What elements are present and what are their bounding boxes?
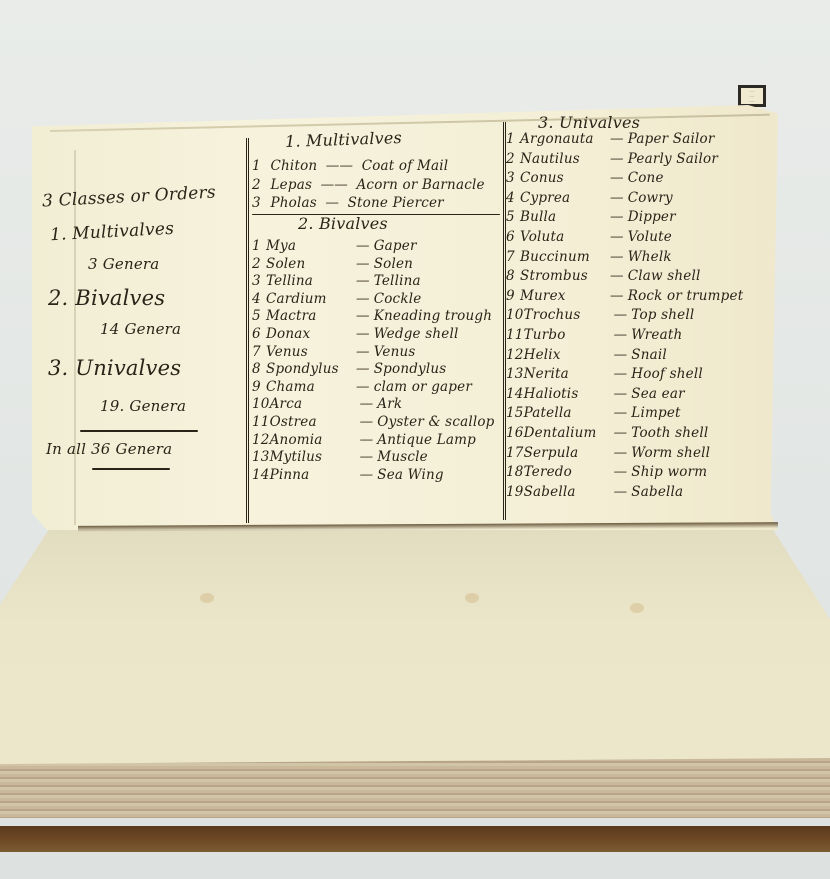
common-name: Sea Wing	[377, 467, 443, 483]
common-name: Gaper	[374, 238, 417, 254]
latin-name: Serpula	[524, 445, 610, 461]
genus-row: 16Dentalium—Tooth shell	[506, 425, 708, 441]
row-number: 8	[252, 361, 266, 377]
dash: —	[360, 414, 374, 430]
dash: —	[356, 256, 370, 272]
common-name: Cockle	[374, 291, 422, 307]
common-name: Claw shell	[628, 268, 701, 284]
common-name: Sabella	[631, 484, 683, 500]
row-number: 2	[252, 256, 266, 272]
blank-lower-page	[0, 528, 830, 768]
rule-line	[80, 430, 198, 432]
common-name: Volute	[628, 229, 672, 245]
common-name: Oyster & scallop	[377, 414, 494, 430]
genus-row: 18Teredo—Ship worm	[506, 464, 707, 480]
dash: —	[614, 445, 628, 461]
common-name: Worm shell	[631, 445, 710, 461]
row-number: 12	[506, 347, 524, 363]
genus-row: 17Serpula—Worm shell	[506, 445, 710, 461]
dash: —	[360, 467, 374, 483]
genus-row: 4Cyprea—Cowry	[506, 190, 673, 206]
genus-row: 8Spondylus—Spondylus	[252, 361, 446, 377]
latin-name: Patella	[524, 405, 610, 421]
section-title: 3. Univalves	[538, 113, 640, 132]
section-title: 1. Multivalves	[285, 128, 403, 151]
common-name: clam or gaper	[374, 379, 472, 395]
dash: —	[610, 170, 624, 186]
dash: —	[614, 347, 628, 363]
row-number: 1	[252, 238, 266, 254]
dash: —	[610, 209, 624, 225]
foxing-spot	[200, 593, 214, 603]
row-number: 19	[506, 484, 524, 500]
row-number: 1	[252, 158, 266, 174]
latin-name: Mya	[266, 238, 352, 254]
genus-row: 9Chama—clam or gaper	[252, 379, 472, 395]
common-name: Top shell	[631, 307, 694, 323]
genus-row: 7Buccinum—Whelk	[506, 249, 672, 265]
genus-row: 8Strombus—Claw shell	[506, 268, 701, 284]
genera-count: 3 Genera	[88, 255, 159, 273]
total-genera: In all 36 Genera	[46, 440, 172, 458]
dash: —	[610, 268, 624, 284]
dash: —	[614, 307, 628, 323]
row-number: 13	[506, 366, 524, 382]
latin-name: Spondylus	[266, 361, 352, 377]
row-number: 6	[506, 229, 520, 245]
common-name: Sea ear	[631, 386, 684, 402]
row-number: 2	[252, 177, 266, 193]
common-name: Pearly Sailor	[628, 151, 718, 167]
row-number: 4	[252, 291, 266, 307]
row-number: 5	[252, 308, 266, 324]
genus-row: 5Bulla—Dipper	[506, 209, 676, 225]
genus-row: 10Arca—Ark	[252, 396, 402, 412]
genus-row: 19Sabella—Sabella	[506, 484, 683, 500]
section-title: 2. Bivalves	[298, 214, 388, 233]
latin-name: Trochus	[524, 307, 610, 323]
genus-row: 12Anomia—Antique Lamp	[252, 432, 476, 448]
row-number: 13	[252, 449, 270, 465]
common-name: Solen	[374, 256, 413, 272]
common-name: Rock or trumpet	[628, 288, 744, 304]
latin-name: Voluta	[520, 229, 606, 245]
latin-name: Teredo	[524, 464, 610, 480]
book-cover-edge	[0, 826, 830, 852]
dash: —	[610, 151, 624, 167]
latin-name: Venus	[266, 344, 352, 360]
dash: —	[614, 366, 628, 382]
genus-row: 13Mytilus—Muscle	[252, 449, 428, 465]
latin-name: Cardium	[266, 291, 352, 307]
page-edges	[0, 758, 830, 818]
row-number: 4	[506, 190, 520, 206]
latin-name: Mytilus	[270, 449, 356, 465]
common-name: Snail	[631, 347, 667, 363]
dash: —	[614, 405, 628, 421]
genus-row: 11Ostrea—Oyster & scallop	[252, 414, 495, 430]
latin-name: Nerita	[524, 366, 610, 382]
genus-row: 1Argonauta—Paper Sailor	[506, 131, 715, 147]
common-name: Stone Piercer	[348, 195, 444, 211]
latin-name: Anomia	[270, 432, 356, 448]
common-name: Whelk	[628, 249, 672, 265]
genus-row: 3Tellina—Tellina	[252, 273, 421, 289]
row-number: 18	[506, 464, 524, 480]
column-divider	[246, 138, 249, 523]
row-number: 16	[506, 425, 524, 441]
row-number: 1	[506, 131, 520, 147]
row-number: 15	[506, 405, 524, 421]
common-name: Cone	[628, 170, 664, 186]
spine-label: ... ... ...	[738, 85, 766, 107]
latin-name: Dentalium	[524, 425, 610, 441]
latin-name: Pinna	[270, 467, 356, 483]
common-name: Ship worm	[631, 464, 707, 480]
genus-row: 2 Lepas —— Acorn or Barnacle	[252, 177, 485, 193]
latin-name: Chiton	[271, 158, 318, 174]
row-number: 11	[506, 327, 524, 343]
row-number: 9	[506, 288, 520, 304]
genus-row: 3Conus—Cone	[506, 170, 664, 186]
dash: —	[610, 190, 624, 206]
latin-name: Lepas	[271, 177, 313, 193]
common-name: Venus	[374, 344, 416, 360]
dash: —	[360, 432, 374, 448]
dash: —	[356, 308, 370, 324]
row-number: 14	[506, 386, 524, 402]
latin-name: Ostrea	[270, 414, 356, 430]
latin-name: Sabella	[524, 484, 610, 500]
dash: —	[356, 291, 370, 307]
common-name: Tellina	[374, 273, 421, 289]
row-number: 3	[252, 195, 266, 211]
latin-name: Nautilus	[520, 151, 606, 167]
dash: —	[614, 327, 628, 343]
row-number: 5	[506, 209, 520, 225]
common-name: Wreath	[631, 327, 682, 343]
common-name: Ark	[377, 396, 402, 412]
spine-label-line: ...	[741, 98, 763, 103]
dash: —	[614, 484, 628, 500]
latin-name: Helix	[524, 347, 610, 363]
genera-count: 14 Genera	[100, 320, 181, 338]
latin-name: Strombus	[520, 268, 606, 284]
genus-row: 2Solen—Solen	[252, 256, 413, 272]
rule-line	[92, 468, 170, 470]
latin-name: Arca	[270, 396, 356, 412]
dash: —	[360, 396, 374, 412]
row-number: 9	[252, 379, 266, 395]
common-name: Dipper	[628, 209, 676, 225]
dash: —	[356, 238, 370, 254]
class-label: 3. Univalves	[48, 356, 181, 380]
dash: —	[614, 425, 628, 441]
genus-row: 2Nautilus—Pearly Sailor	[506, 151, 718, 167]
genus-row: 10Trochus—Top shell	[506, 307, 694, 323]
class-label: 2. Bivalves	[48, 286, 165, 310]
common-name: Acorn or Barnacle	[356, 177, 484, 193]
common-name: Muscle	[377, 449, 428, 465]
foxing-spot	[630, 603, 644, 613]
row-number: 17	[506, 445, 524, 461]
row-number: 3	[506, 170, 520, 186]
common-name: Limpet	[631, 405, 680, 421]
row-number: 6	[252, 326, 266, 342]
genera-count: 19. Genera	[100, 397, 186, 415]
genus-row: 1 Chiton —— Coat of Mail	[252, 158, 448, 174]
dash: —	[356, 361, 370, 377]
row-number: 3	[252, 273, 266, 289]
genus-row: 6Voluta—Volute	[506, 229, 672, 245]
row-number: 11	[252, 414, 270, 430]
genus-row: 3 Pholas — Stone Piercer	[252, 195, 444, 211]
dash: —	[610, 229, 624, 245]
dash: —	[610, 249, 624, 265]
row-number: 12	[252, 432, 270, 448]
genus-row: 11Turbo—Wreath	[506, 327, 682, 343]
foxing-spot	[465, 593, 479, 603]
dash: —	[356, 326, 370, 342]
row-number: 10	[252, 396, 270, 412]
common-name: Cowry	[628, 190, 673, 206]
common-name: Spondylus	[374, 361, 447, 377]
row-number: 7	[252, 344, 266, 360]
dash: —	[610, 131, 624, 147]
row-number: 8	[506, 268, 520, 284]
genus-row: 1Mya—Gaper	[252, 238, 417, 254]
latin-name: Pholas	[271, 195, 317, 211]
dash: —	[356, 273, 370, 289]
dash: —	[610, 288, 624, 304]
latin-name: Buccinum	[520, 249, 606, 265]
genus-row: 14Pinna—Sea Wing	[252, 467, 444, 483]
latin-name: Murex	[520, 288, 606, 304]
dash: —	[356, 344, 370, 360]
latin-name: Haliotis	[524, 386, 610, 402]
photo-scene: ... ... ... 3 Classes or Orders 1. Multi…	[0, 0, 830, 879]
row-number: 7	[506, 249, 520, 265]
latin-name: Mactra	[266, 308, 352, 324]
dash: —	[360, 449, 374, 465]
dash: —	[614, 464, 628, 480]
genus-row: 6Donax—Wedge shell	[252, 326, 458, 342]
row-number: 2	[506, 151, 520, 167]
genus-row: 14Haliotis—Sea ear	[506, 386, 685, 402]
genus-row: 5Mactra—Kneading trough	[252, 308, 492, 324]
row-number: 14	[252, 467, 270, 483]
genus-row: 7Venus—Venus	[252, 344, 416, 360]
common-name: Antique Lamp	[377, 432, 476, 448]
latin-name: Solen	[266, 256, 352, 272]
latin-name: Chama	[266, 379, 352, 395]
common-name: Tooth shell	[631, 425, 708, 441]
dash: —	[356, 379, 370, 395]
common-name: Wedge shell	[374, 326, 459, 342]
common-name: Kneading trough	[374, 308, 492, 324]
genus-row: 15Patella—Limpet	[506, 405, 681, 421]
genus-row: 13Nerita—Hoof shell	[506, 366, 703, 382]
latin-name: Bulla	[520, 209, 606, 225]
latin-name: Argonauta	[520, 131, 606, 147]
latin-name: Turbo	[524, 327, 610, 343]
latin-name: Tellina	[266, 273, 352, 289]
genus-row: 12Helix—Snail	[506, 347, 667, 363]
latin-name: Donax	[266, 326, 352, 342]
common-name: Paper Sailor	[628, 131, 715, 147]
genus-row: 9Murex—Rock or trumpet	[506, 288, 743, 304]
latin-name: Conus	[520, 170, 606, 186]
latin-name: Cyprea	[520, 190, 606, 206]
genus-row: 4Cardium—Cockle	[252, 291, 421, 307]
dash: —	[614, 386, 628, 402]
common-name: Hoof shell	[631, 366, 703, 382]
row-number: 10	[506, 307, 524, 323]
common-name: Coat of Mail	[362, 158, 449, 174]
